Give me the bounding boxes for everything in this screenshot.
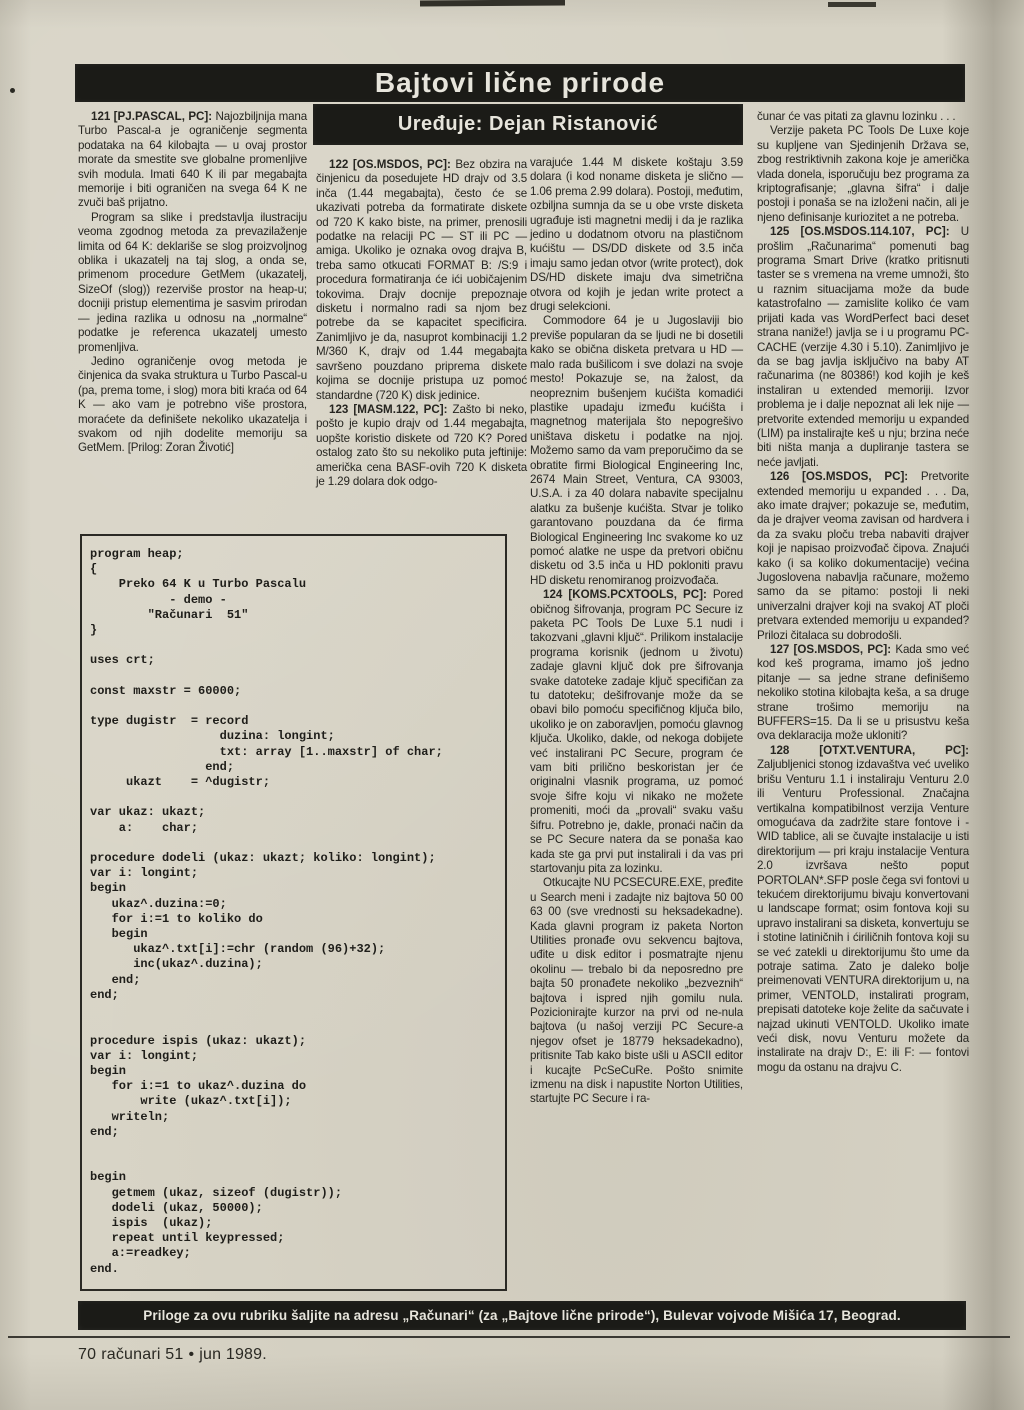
page-footer: 70računari 51•jun 1989. [78,1346,272,1364]
paragraph: čunar će vas pitati za glavnu lozinku . … [757,110,969,124]
paragraph: Commodore 64 je u Jugoslaviji bio previš… [530,314,743,588]
paragraph: 125 [OS.MSDOS.114.107, PC]: U prošlim „R… [757,225,969,470]
item-tag: 122 [OS.MSDOS, PC]: [329,158,455,171]
text-column-4: čunar će vas pitati za glavnu lozinku . … [757,110,969,1075]
paragraph: 128 [OTXT.VENTURA, PC]: Zaljubljenici st… [757,744,969,1075]
paragraph: 126 [OS.MSDOS, PC]: Pretvorite extended … [757,470,969,643]
code-listing-box: program heap; { Preko 64 K u Turbo Pasca… [80,534,507,1291]
text-column-1: 121 [PJ.PASCAL, PC]: Najozbiljnija mana … [78,110,307,456]
footer-divider [8,1336,1010,1338]
paragraph: Jedino ograničenje ovog metoda je činjen… [78,355,307,456]
item-tag: 123 [MASM.122, PC]: [329,403,453,416]
item-tag: 128 [OTXT.VENTURA, PC]: [770,744,969,757]
item-tag: 124 [KOMS.PCXTOOLS, PC]: [543,588,713,601]
text-column-3: varajuće 1.44 M diskete koštaju 3.59 dol… [530,156,743,1107]
magazine-issue: računari 51 [101,1346,183,1363]
paragraph: Otkucajte NU PCSECURE.EXE, pređite u Sea… [530,876,743,1107]
paragraph: 123 [MASM.122, PC]: Zašto bi neko, pošto… [316,403,527,489]
paragraph: varajuće 1.44 M diskete koštaju 3.59 dol… [530,156,743,314]
paragraph: 121 [PJ.PASCAL, PC]: Najozbiljnija mana … [78,110,307,211]
paragraph: 124 [KOMS.PCXTOOLS, PC]: Pored običnog š… [530,588,743,876]
scan-artifact [10,88,15,93]
editor-name: Uređuje: Dejan Ristanović [398,113,658,136]
paragraph: Verzije paketa PC Tools De Luxe koje su … [757,124,969,225]
scan-artifact [828,2,876,7]
bullet-separator: • [188,1346,194,1363]
submission-notice-banner: Priloge za ovu rubriku šaljite na adresu… [78,1301,966,1330]
text-column-2: 122 [OS.MSDOS, PC]: Bez obzira na činjen… [316,158,527,489]
item-tag: 125 [OS.MSDOS.114.107, PC]: [770,225,961,238]
issue-date: jun 1989. [199,1346,267,1363]
item-tag: 126 [OS.MSDOS, PC]: [770,470,921,483]
paragraph: 122 [OS.MSDOS, PC]: Bez obzira na činjen… [316,158,527,403]
pascal-code-listing: program heap; { Preko 64 K u Turbo Pasca… [90,547,497,1277]
page-number: 70 [78,1346,96,1363]
scan-artifact [420,0,565,7]
paragraph: 127 [OS.MSDOS, PC]: Kada smo već kod keš… [757,643,969,744]
item-tag: 121 [PJ.PASCAL, PC]: [91,110,216,123]
item-tag: 127 [OS.MSDOS, PC]: [770,643,895,656]
rubric-title: Bajtovi lične prirode [375,67,665,99]
rubric-title-banner: Bajtovi lične prirode [75,64,965,102]
magazine-page: Bajtovi lične prirode Uređuje: Dejan Ris… [0,0,1024,1410]
paragraph: Program sa slike i predstavlja ilustraci… [78,211,307,355]
submission-notice: Priloge za ovu rubriku šaljite na adresu… [143,1308,900,1323]
editor-banner: Uređuje: Dejan Ristanović [313,104,743,145]
